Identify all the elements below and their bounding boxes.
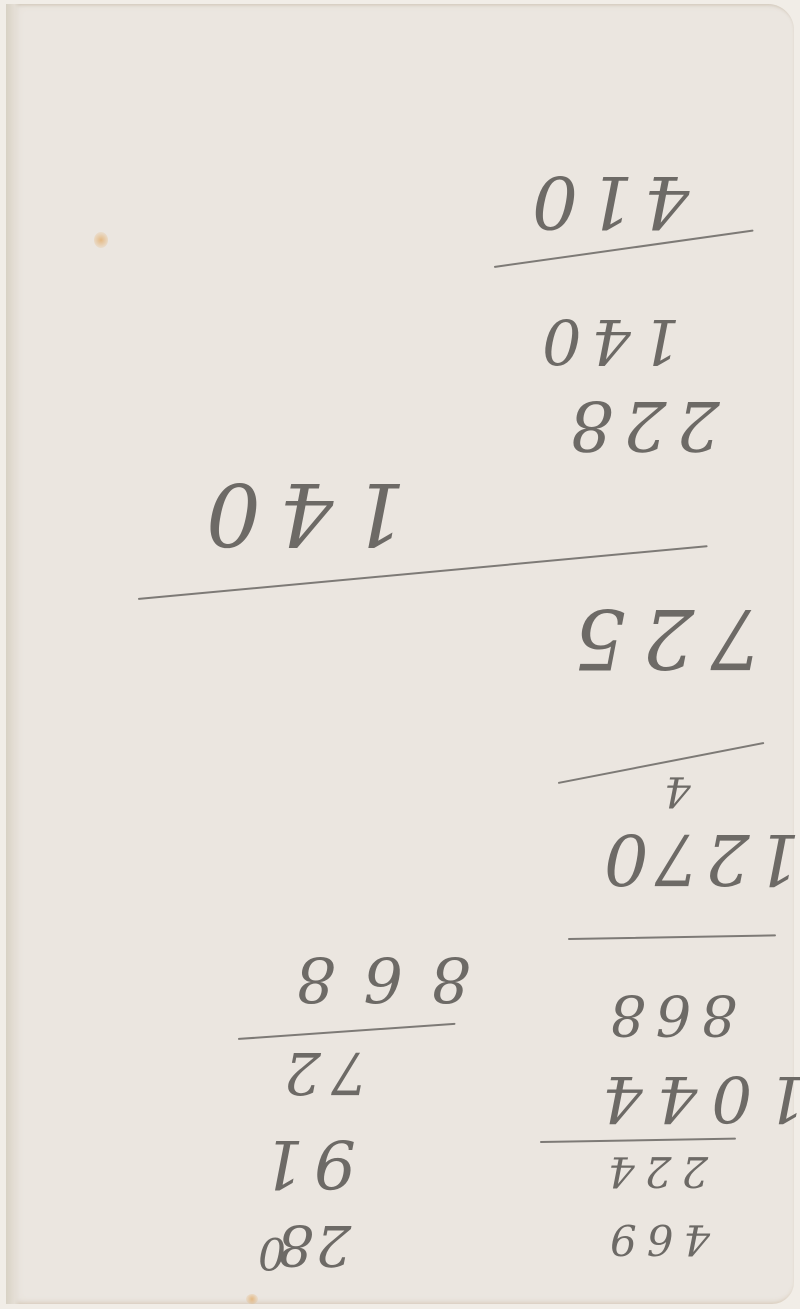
- bottom-left-868: 868: [268, 948, 470, 1010]
- rule-bottom-left: [238, 1023, 456, 1040]
- bottom-left-72: 72: [274, 1044, 368, 1102]
- top-result-410: 410: [522, 166, 689, 238]
- top-operand-140: 140: [532, 310, 680, 372]
- bottom-left-0: 0: [248, 1230, 286, 1274]
- foxing-stain: [94, 232, 108, 248]
- top-operand-228: 228: [560, 390, 720, 458]
- notebook-page: 410 140 228 140 725 4 1270 868 1044 224 …: [6, 4, 794, 1304]
- right-operand-1270: 1270: [598, 824, 800, 894]
- bottom-right-469: 469: [600, 1218, 710, 1260]
- right-result-725: 725: [558, 596, 763, 678]
- middle-left-140: 140: [188, 470, 406, 556]
- rule-bottom-right: [540, 1138, 736, 1143]
- bottom-left-28: 28: [276, 1216, 351, 1272]
- bottom-left-91: 91: [252, 1130, 356, 1196]
- foxing-stain-bottom: [246, 1294, 258, 1304]
- bottom-right-1044: 1044: [588, 1066, 800, 1130]
- page-spine-shadow: [6, 4, 20, 1304]
- bottom-right-224: 224: [598, 1150, 708, 1192]
- rule-right-2: [568, 934, 776, 940]
- right-superscript-4: 4: [654, 770, 691, 812]
- bottom-right-868: 868: [600, 986, 737, 1042]
